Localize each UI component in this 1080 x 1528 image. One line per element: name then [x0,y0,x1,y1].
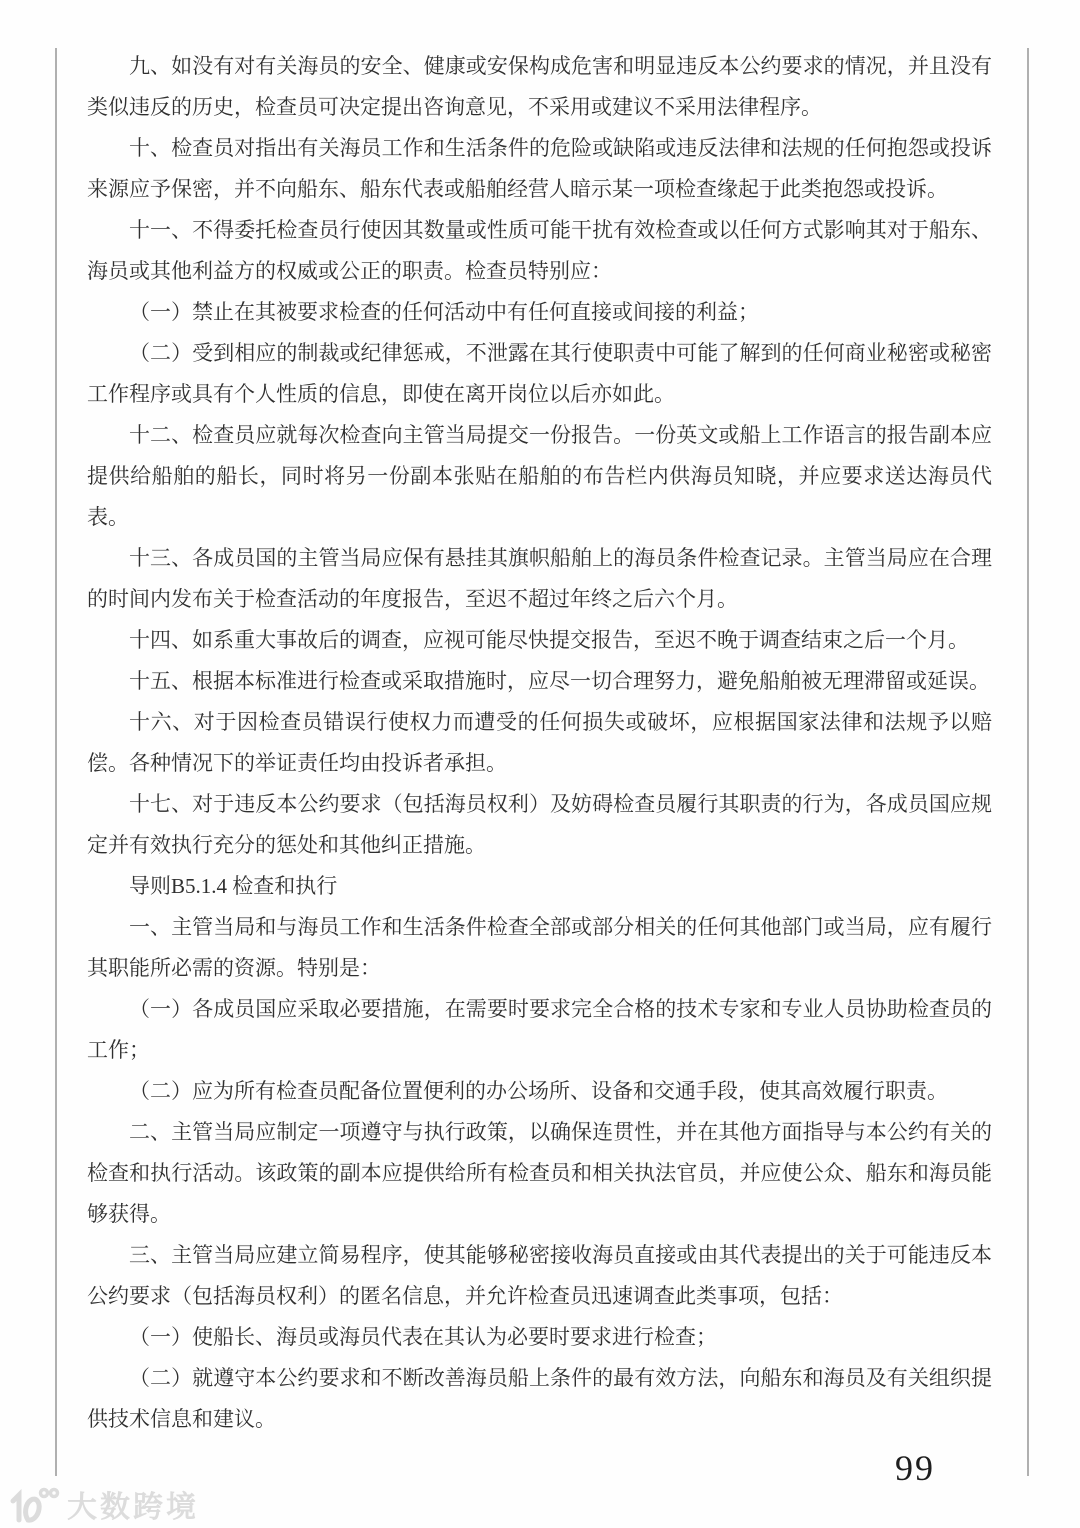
document-page: 九、如没有对有关海员的安全、健康或安保构成危害和明显违反本公约要求的情况，并且没… [0,0,1080,1528]
document-body: 九、如没有对有关海员的安全、健康或安保构成危害和明显违反本公约要求的情况，并且没… [87,46,992,1440]
paragraph-14: 十四、如系重大事故后的调查，应视可能尽快提交报告，至迟不晚于调查结束之后一个月。 [87,620,992,661]
page-number: 99 [895,1448,935,1488]
paragraph-11-item-2: （二）受到相应的制裁或纪律惩戒，不泄露在其行使职责中可能了解到的任何商业秘密或秘… [87,333,992,415]
paragraph-1: 一、主管当局和与海员工作和生活条件检查全部或部分相关的任何其他部门或当局，应有履… [87,907,992,989]
paragraph-3-item-2: （二）就遵守本公约要求和不断改善海员船上条件的最有效方法，向船东和海员及有关组织… [87,1358,992,1440]
paragraph-11-item-1: （一）禁止在其被要求检查的任何活动中有任何直接或间接的利益； [87,292,992,333]
paragraph-10: 十、检查员对指出有关海员工作和生活条件的危险或缺陷或违反法律和法规的任何抱怨或投… [87,128,992,210]
paragraph-3: 三、主管当局应建立简易程序，使其能够秘密接收海员直接或由其代表提出的关于可能违反… [87,1235,992,1317]
googol-10-100-logo-icon [8,1484,60,1524]
paragraph-2: 二、主管当局应制定一项遵守与执行政策，以确保连贯性，并在其他方面指导与本公约有关… [87,1112,992,1235]
paragraph-9: 九、如没有对有关海员的安全、健康或安保构成危害和明显违反本公约要求的情况，并且没… [87,46,992,128]
paragraph-17: 十七、对于违反本公约要求（包括海员权利）及妨碍检查员履行其职责的行为，各成员国应… [87,784,992,866]
paragraph-13: 十三、各成员国的主管当局应保有悬挂其旗帜船舶上的海员条件检查记录。主管当局应在合… [87,538,992,620]
paragraph-15: 十五、根据本标准进行检查或采取措施时，应尽一切合理努力，避免船舶被无理滞留或延误… [87,661,992,702]
paragraph-3-item-1: （一）使船长、海员或海员代表在其认为必要时要求进行检查； [87,1317,992,1358]
page-border-right [1027,48,1029,1476]
paragraph-1-item-2: （二）应为所有检查员配备位置便利的办公场所、设备和交通手段，使其高效履行职责。 [87,1071,992,1112]
section-heading-b514: 导则B5.1.4 检查和执行 [87,866,992,907]
paragraph-1-item-1: （一）各成员国应采取必要措施，在需要时要求完全合格的技术专家和专业人员协助检查员… [87,989,992,1071]
paragraph-12: 十二、检查员应就每次检查向主管当局提交一份报告。一份英文或船上工作语言的报告副本… [87,415,992,538]
paragraph-16: 十六、对于因检查员错误行使权力而遭受的任何损失或破坏，应根据国家法律和法规予以赔… [87,702,992,784]
watermark-text: 大数跨境 [67,1482,199,1526]
paragraph-11: 十一、不得委托检查员行使因其数量或性质可能干扰有效检查或以任何方式影响其对于船东… [87,210,992,292]
page-border-left [55,48,57,1476]
watermark: 大数跨境 [8,1482,199,1526]
